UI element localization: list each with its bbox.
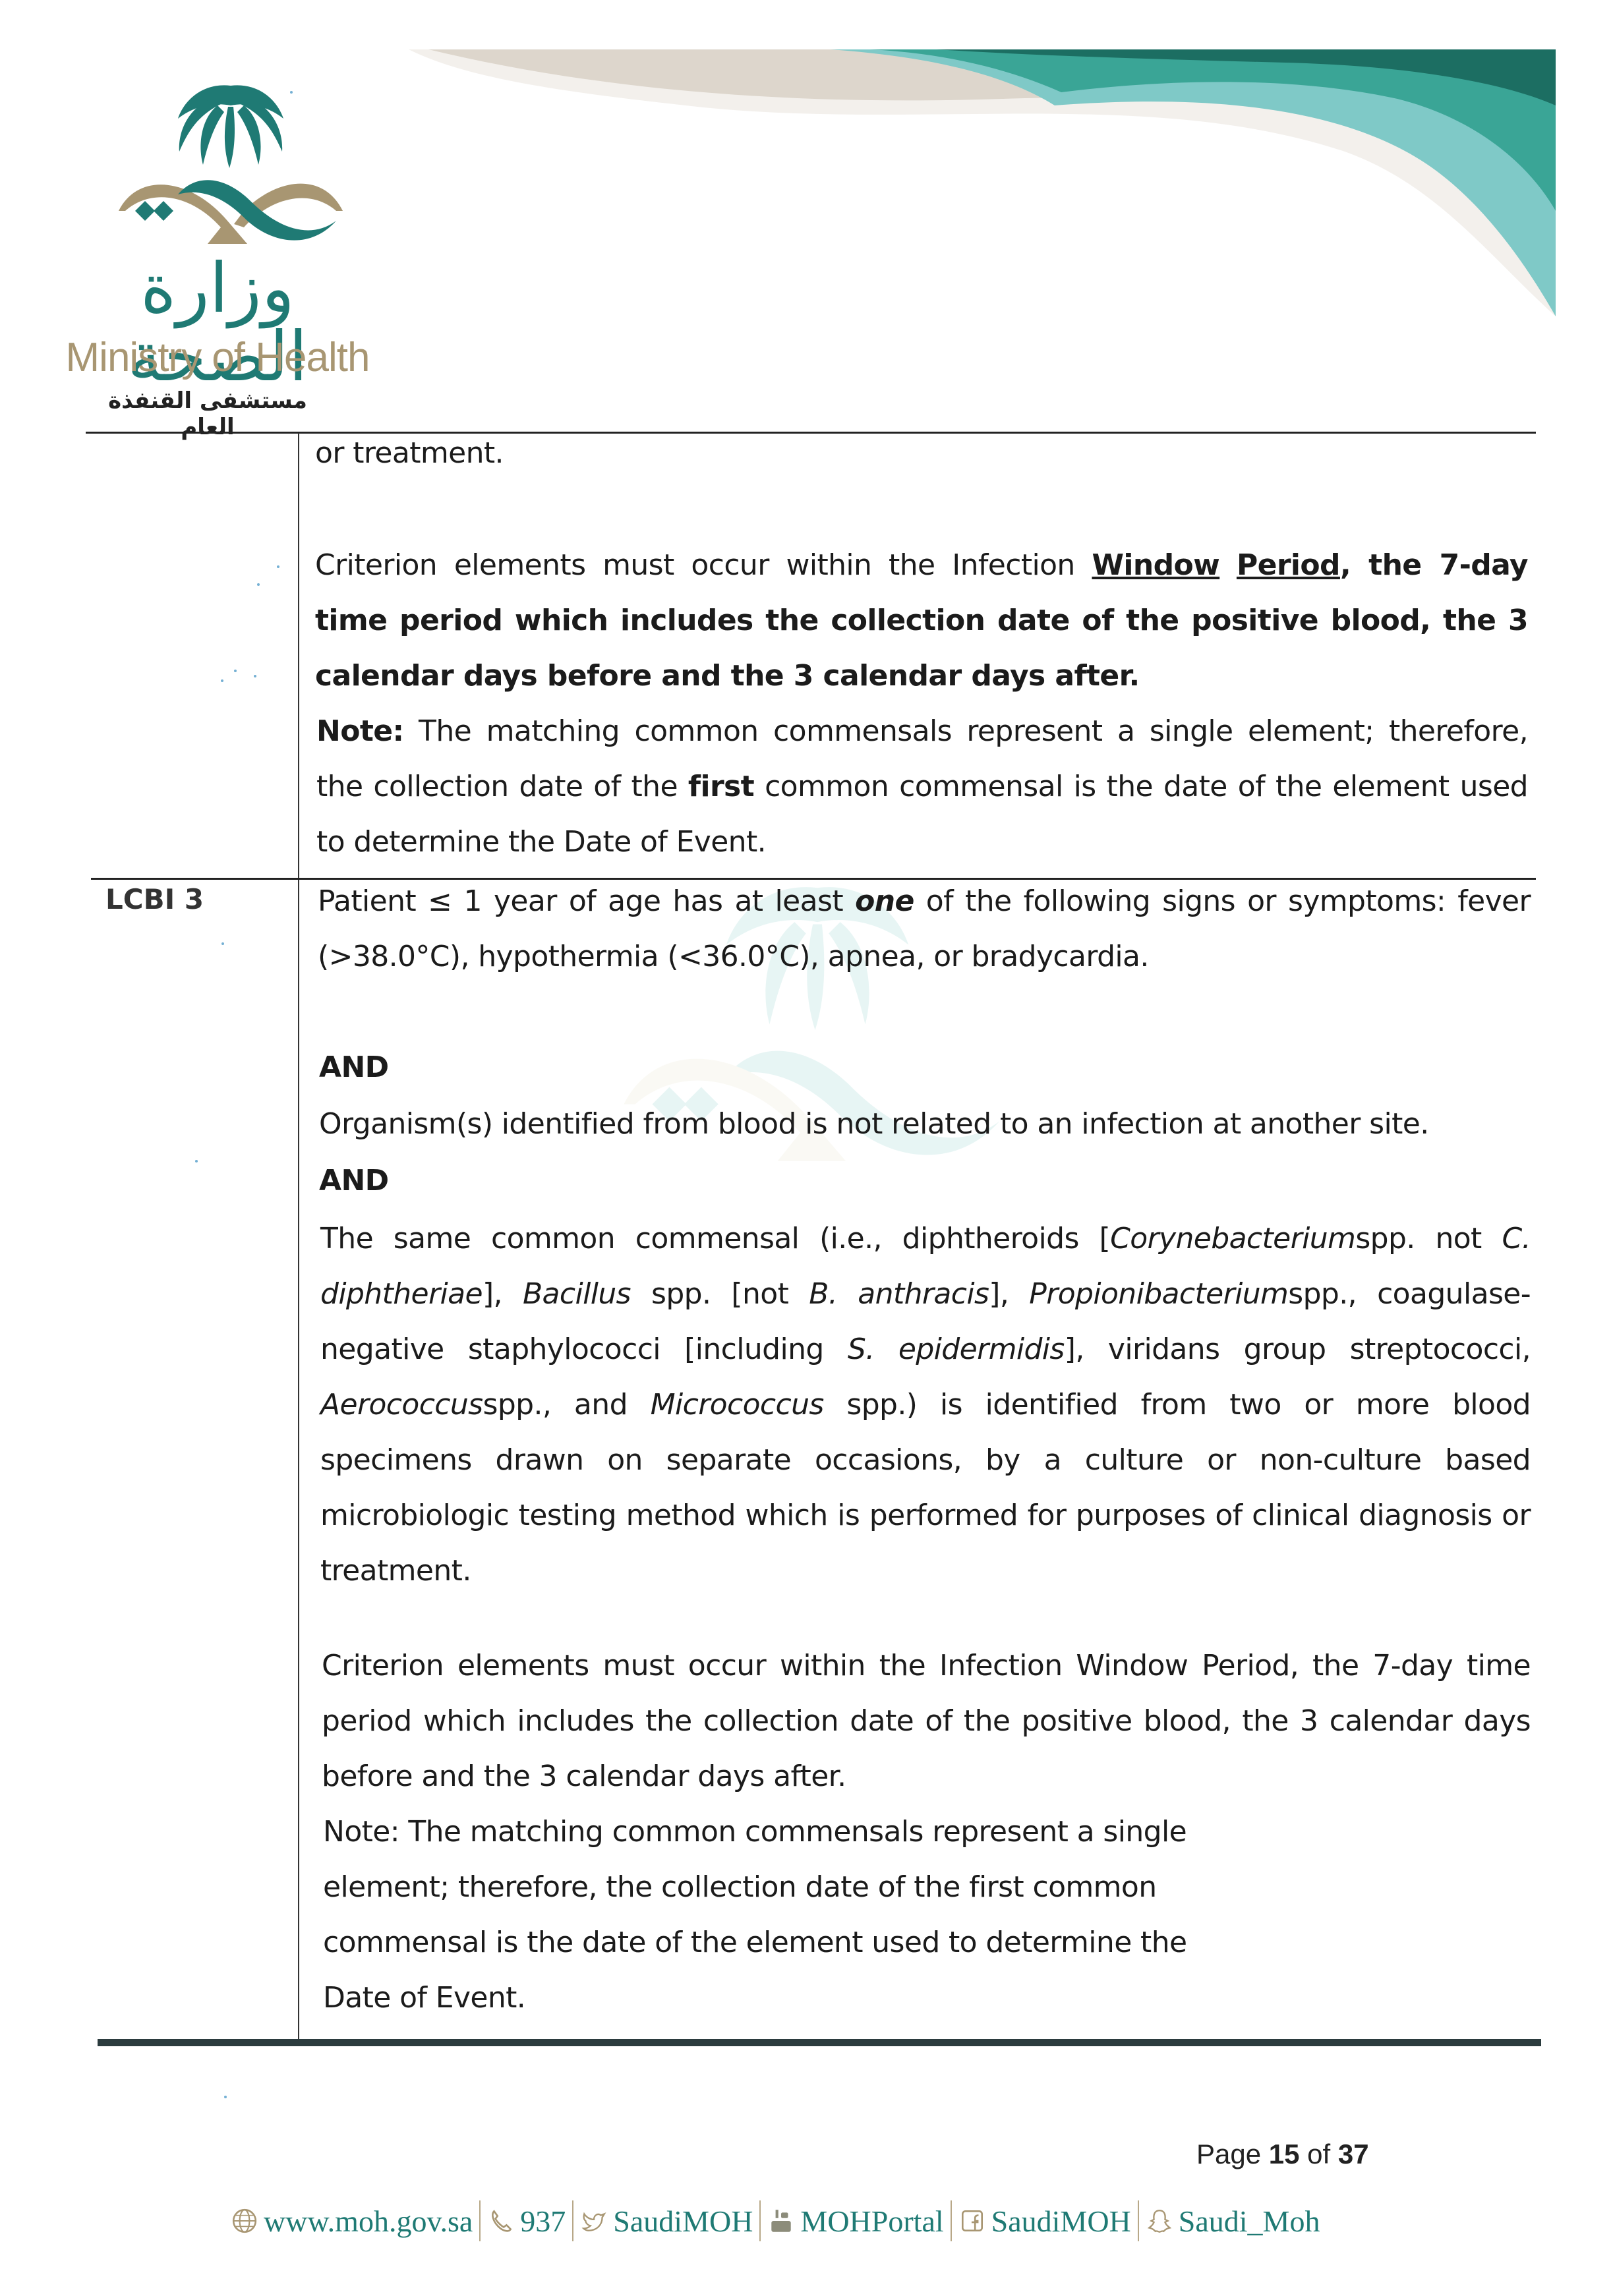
footer-website-link[interactable]: www.moh.gov.sa <box>224 2204 479 2239</box>
current-page: 15 <box>1269 2138 1300 2169</box>
scan-speck <box>221 942 224 945</box>
lcbi3-and-1: AND <box>319 1040 583 1095</box>
period-term: Period <box>1237 548 1340 582</box>
lcbi3-criterion-2: Organism(s) identified from blood is not… <box>319 1097 1532 1152</box>
table-column-divider <box>298 433 299 2040</box>
scan-speck <box>195 1160 198 1162</box>
scan-speck <box>277 565 279 568</box>
twitter-icon <box>580 2207 608 2235</box>
lcbi3-criterion-1: Patient ≤ 1 year of age has at least one… <box>318 874 1531 985</box>
globe-icon <box>231 2207 258 2235</box>
scan-speck <box>254 675 256 677</box>
row-label-lcbi3: LCBI 3 <box>105 883 204 915</box>
lcbi3-window-period: Criterion elements must occur within the… <box>322 1638 1531 1804</box>
window-term: Window <box>1092 548 1219 582</box>
lcbi3-and-2: AND <box>319 1153 583 1209</box>
snapchat-icon <box>1146 2207 1173 2235</box>
palm-swords-emblem-icon <box>86 79 376 250</box>
footer-contact-bar: www.moh.gov.sa 937 SaudiMOH MOHPortal Sa… <box>224 2198 1326 2244</box>
page-number: Page 15 of 37 <box>1196 2138 1369 2170</box>
note-label: Note: <box>316 714 404 748</box>
phone-icon <box>487 2207 515 2235</box>
lcbi3-criterion-3: The same common commensal (i.e., diphthe… <box>320 1211 1531 1599</box>
scan-speck <box>234 670 237 672</box>
window-period-paragraph: Criterion elements must occur within the… <box>315 538 1528 704</box>
scan-speck <box>224 2096 227 2098</box>
lcbi3-note: Note: The matching common commensals rep… <box>323 1804 1312 2026</box>
note-paragraph: Note: The matching common commensals rep… <box>316 704 1528 870</box>
continued-text: or treatment. <box>315 426 1528 481</box>
scan-speck <box>257 583 260 586</box>
footer-snapchat-link[interactable]: Saudi_Moh <box>1139 2204 1327 2239</box>
continued-cell: or treatment. <box>315 426 1528 481</box>
youtube-icon <box>767 2207 795 2235</box>
logo-english-text: Ministry of Health <box>46 337 389 378</box>
footer-youtube-link[interactable]: MOHPortal <box>761 2204 950 2239</box>
scan-speck <box>221 679 223 682</box>
header-swoosh-decoration <box>409 40 1556 323</box>
document-page: وزارة الصحة Ministry of Health مستشفى ال… <box>0 0 1613 2296</box>
facebook-icon <box>958 2207 986 2235</box>
table-bottom-border <box>98 2039 1541 2046</box>
footer-twitter-link[interactable]: SaudiMOH <box>573 2204 759 2239</box>
total-pages: 37 <box>1338 2138 1369 2169</box>
footer-phone-link[interactable]: 937 <box>481 2204 572 2239</box>
scan-speck <box>290 91 293 94</box>
footer-facebook-link[interactable]: SaudiMOH <box>952 2204 1138 2239</box>
